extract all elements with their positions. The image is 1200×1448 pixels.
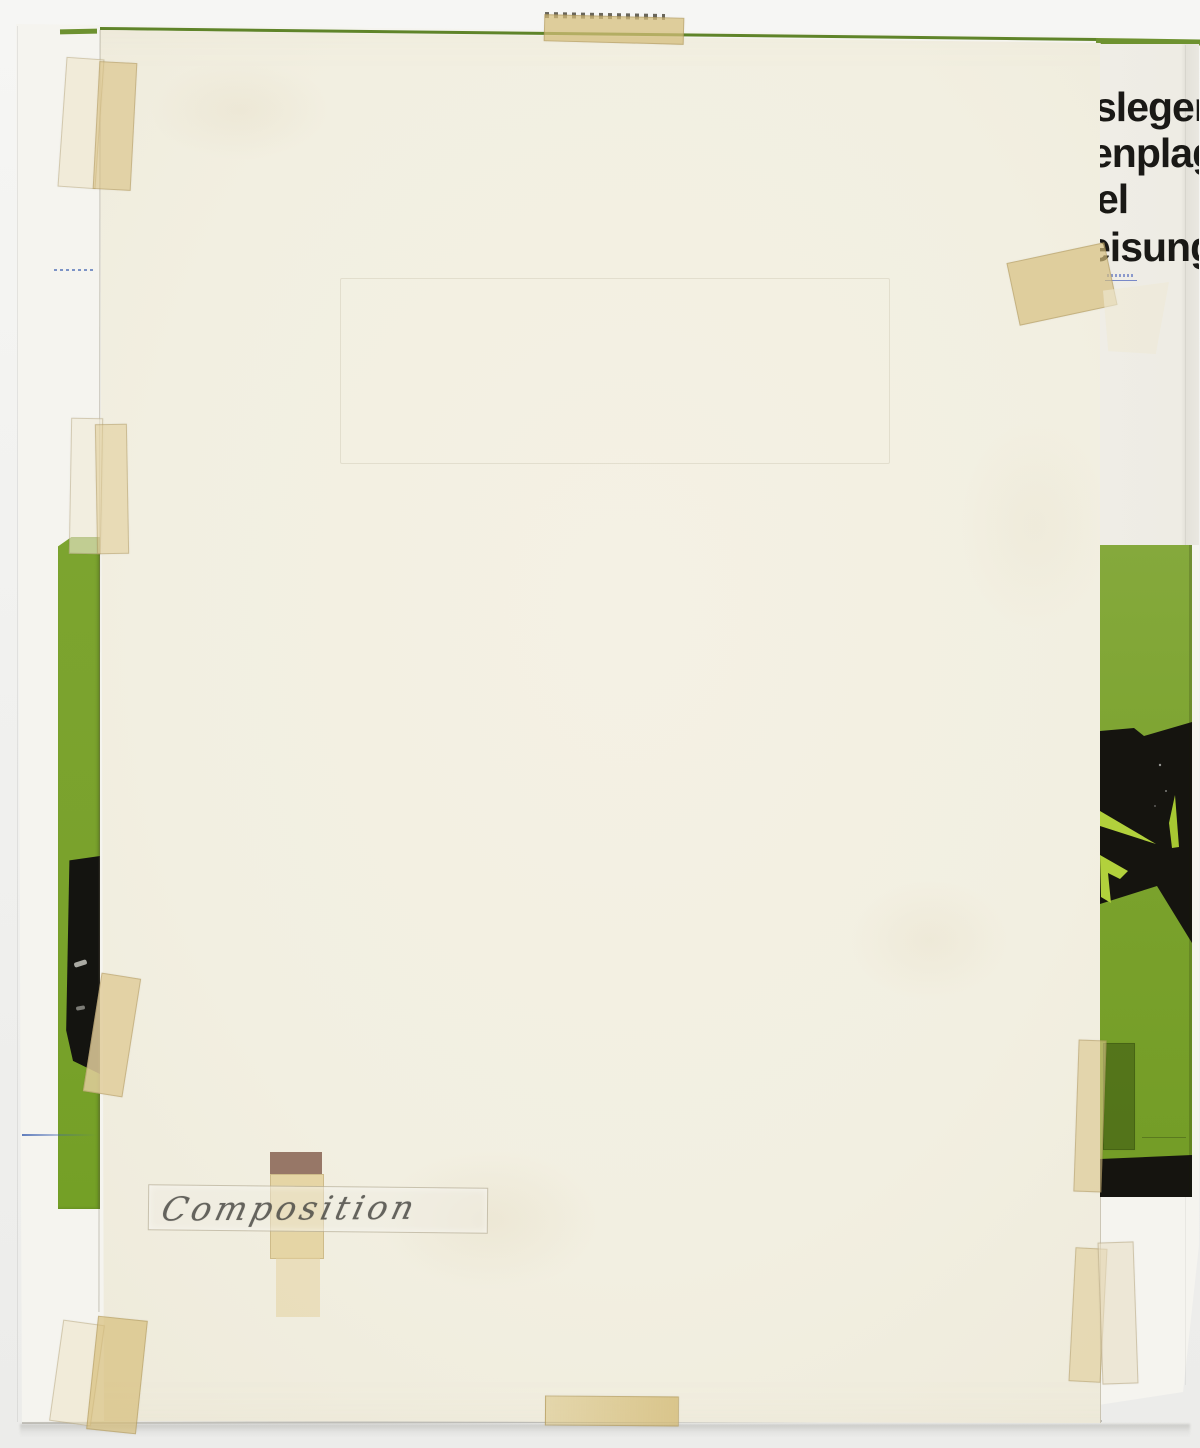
white-fleck	[74, 959, 88, 968]
faint-impression-outline	[340, 278, 890, 464]
handwritten-text: Composition	[158, 1188, 422, 1229]
dark-tape-on-green	[1103, 1043, 1135, 1150]
paper-stain	[150, 60, 330, 160]
handwritten-label-tape: Composition	[148, 1184, 488, 1234]
tape-piece-bottom-right	[1098, 1241, 1139, 1384]
backing-left-edge	[17, 26, 18, 1422]
blue-line-lower	[22, 1134, 96, 1136]
right-green-edge-shade	[1189, 545, 1192, 1197]
tape-piece-top-left	[93, 61, 138, 191]
white-speck	[1159, 764, 1161, 766]
photo-of-collage-verso: slegen enplag el eisung	[0, 0, 1200, 1448]
top-green-nub	[60, 29, 97, 35]
vertical-tape-tail	[276, 1257, 320, 1317]
cream-sheet	[0, 0, 1200, 1448]
white-fleck	[76, 1006, 86, 1012]
poster-text-line: el	[1100, 179, 1128, 220]
paper-stain	[960, 420, 1110, 630]
tape-piece-bottom-center	[545, 1396, 679, 1427]
white-speck	[1165, 790, 1167, 792]
tape-brown-section	[270, 1152, 322, 1174]
blue-dashed-line-upper	[54, 269, 96, 271]
tape-piece-top-center	[544, 14, 685, 45]
tape-piece-left-mid	[95, 424, 129, 555]
tape-piece-right-edge	[1073, 1040, 1106, 1193]
white-speck	[1154, 805, 1156, 807]
paper-stain	[850, 880, 1010, 1000]
right-black-bottom-strip	[1100, 1155, 1192, 1197]
left-green-strip	[58, 537, 100, 1209]
scratch-line	[1142, 1137, 1186, 1138]
